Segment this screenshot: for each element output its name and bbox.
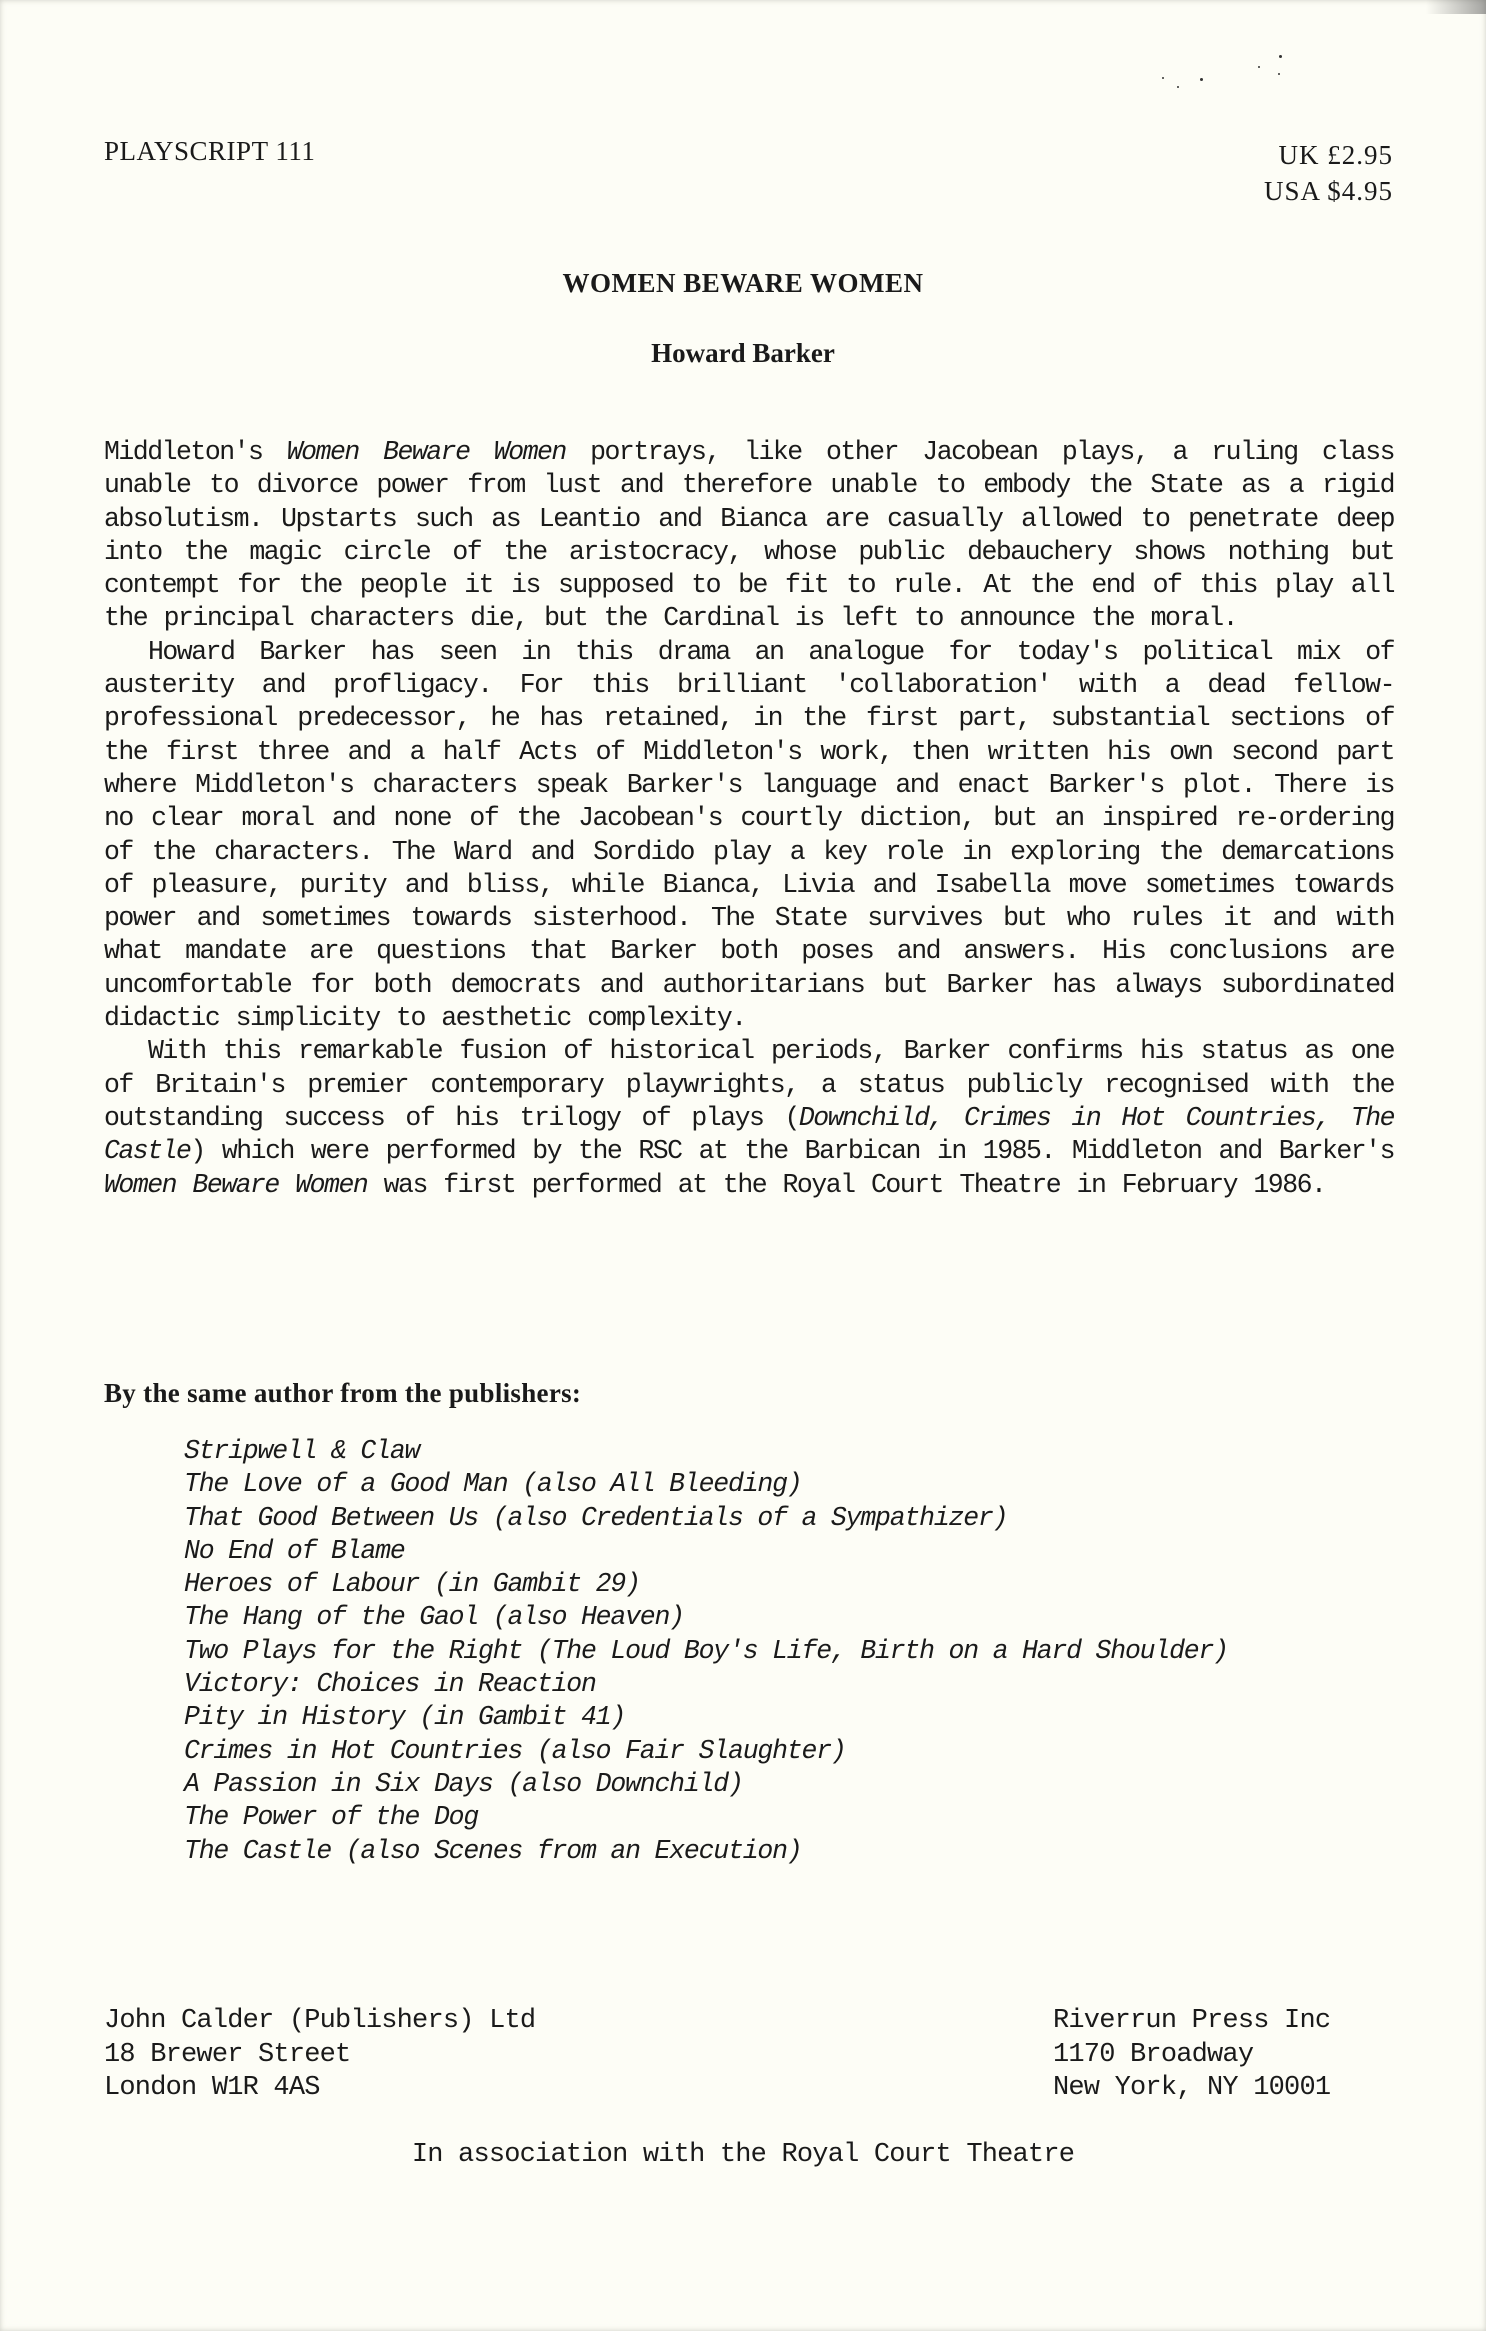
other-works-heading: By the same author from the publishers:: [104, 1378, 581, 1409]
blurb-paragraph: With this remarkable fusion of historica…: [104, 1035, 1394, 1201]
address-line: John Calder (Publishers) Ltd: [104, 2005, 535, 2039]
address-line: Riverrun Press Inc: [1053, 2005, 1330, 2039]
book-title: WOMEN BEWARE WOMEN: [0, 268, 1486, 299]
price-uk: UK £2.95: [1264, 137, 1393, 173]
other-works-list: Stripwell & ClawThe Love of a Good Man (…: [184, 1435, 1228, 1868]
blurb-paragraph: Middleton's Women Beware Women portrays,…: [104, 436, 1394, 636]
price-block: UK £2.95 USA $4.95: [1264, 137, 1393, 209]
scan-speck: [1279, 55, 1282, 58]
other-work-item: Stripwell & Claw: [184, 1435, 1228, 1468]
other-work-item: No End of Blame: [184, 1535, 1228, 1568]
series-label: PLAYSCRIPT 111: [104, 136, 315, 167]
other-work-item: A Passion in Six Days (also Downchild): [184, 1768, 1228, 1801]
address-line: 1170 Broadway: [1053, 2039, 1330, 2073]
scan-speck: [1200, 78, 1203, 81]
text-run: Howard Barker has seen in this drama an …: [104, 637, 1394, 1033]
publisher-us-address: Riverrun Press Inc1170 BroadwayNew York,…: [1053, 2005, 1330, 2106]
other-work-item: Crimes in Hot Countries (also Fair Slaug…: [184, 1735, 1228, 1768]
blurb-paragraph: Howard Barker has seen in this drama an …: [104, 636, 1394, 1036]
text-run: ) which were performed by the RSC at the…: [190, 1136, 1394, 1166]
other-work-item: That Good Between Us (also Credentials o…: [184, 1502, 1228, 1535]
scan-speck: [1278, 73, 1280, 75]
address-line: 18 Brewer Street: [104, 2039, 535, 2073]
association-note: In association with the Royal Court Thea…: [0, 2140, 1486, 2170]
publisher-uk-address: John Calder (Publishers) Ltd18 Brewer St…: [104, 2005, 535, 2106]
other-work-item: Pity in History (in Gambit 41): [184, 1701, 1228, 1734]
other-work-item: Victory: Choices in Reaction: [184, 1668, 1228, 1701]
other-work-item: The Castle (also Scenes from an Executio…: [184, 1835, 1228, 1868]
address-line: London W1R 4AS: [104, 2072, 535, 2106]
scan-speck: [1177, 86, 1179, 88]
price-usa: USA $4.95: [1264, 173, 1393, 209]
book-author: Howard Barker: [0, 338, 1486, 369]
other-work-item: The Power of the Dog: [184, 1801, 1228, 1834]
italic-title: Women Beware Women: [287, 437, 566, 467]
other-work-item: Heroes of Labour (in Gambit 29): [184, 1568, 1228, 1601]
italic-title: Women Beware Women: [104, 1170, 367, 1200]
scan-speck: [1258, 66, 1260, 68]
text-run: was first performed at the Royal Court T…: [367, 1170, 1325, 1200]
scan-corner-shade: [1426, 0, 1486, 14]
other-work-item: The Hang of the Gaol (also Heaven): [184, 1601, 1228, 1634]
other-work-item: Two Plays for the Right (The Loud Boy's …: [184, 1635, 1228, 1668]
other-work-item: The Love of a Good Man (also All Bleedin…: [184, 1468, 1228, 1501]
scan-speck: [1162, 77, 1164, 79]
blurb-text: Middleton's Women Beware Women portrays,…: [104, 436, 1394, 1202]
address-line: New York, NY 10001: [1053, 2072, 1330, 2106]
text-run: Middleton's: [104, 437, 287, 467]
